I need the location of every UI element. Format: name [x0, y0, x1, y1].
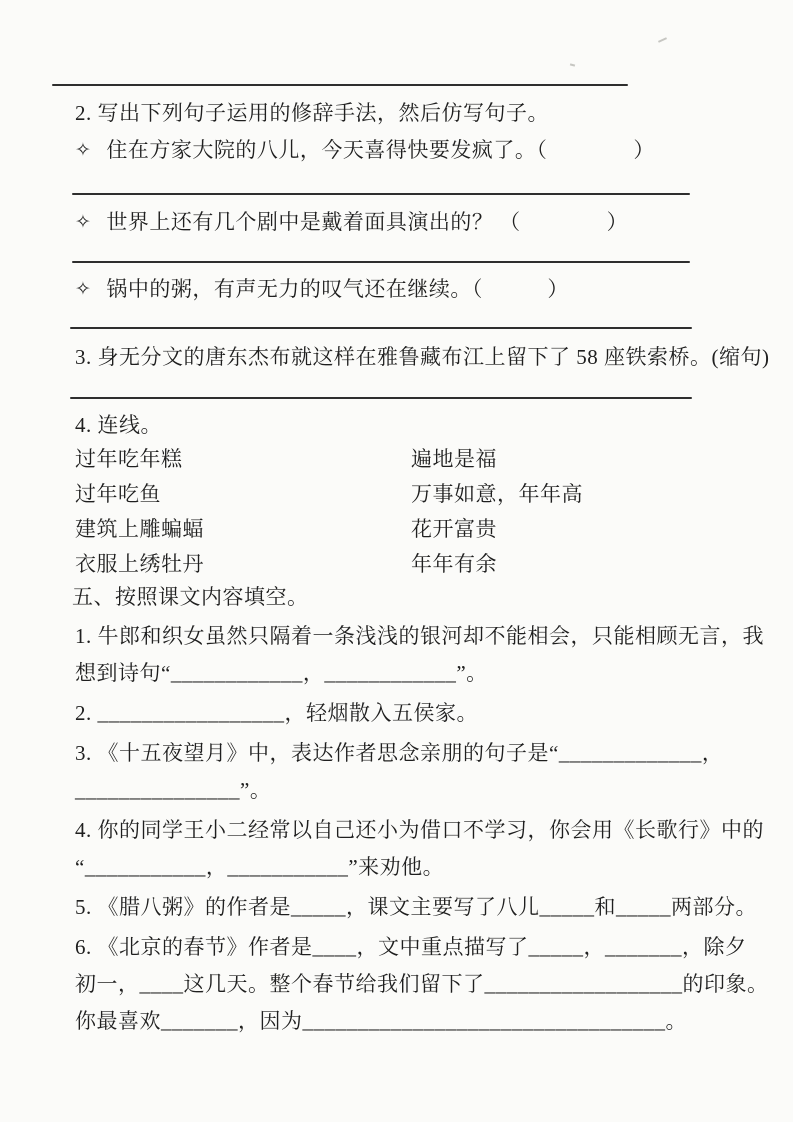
sentence-text: 住在方家大院的八儿，今天喜得快要发疯了。（ ）	[106, 138, 655, 162]
text-line: 3. 《十五夜望月》中，表达作者思念亲朋的句子是“_____________，	[75, 735, 735, 772]
fill-blank-item-4: 4. 你的同学王小二经常以自己还小为借口不学习，你会用《长歌行》中的 “____…	[75, 812, 735, 886]
text-line: 4. 你的同学王小二经常以自己还小为借口不学习，你会用《长歌行》中的	[75, 812, 735, 849]
question-2-title: 2. 写出下列句子运用的修辞手法，然后仿写句子。	[75, 99, 549, 127]
section-5-title: 五、按照课文内容填空。	[72, 583, 309, 611]
fill-blank-item-5: 5. 《腊八粥》的作者是_____，课文主要写了八儿_____和_____两部分…	[75, 889, 735, 926]
four-pointed-star-icon: ✧	[75, 209, 91, 237]
sentence-text: 锅中的粥，有声无力的叹气还在继续。（ ）	[106, 277, 569, 301]
match-left-item: 过年吃年糕	[75, 443, 183, 473]
fill-blank-item-6: 6. 《北京的春节》作者是____，文中重点描写了_____，_______，除…	[75, 929, 735, 1040]
text-line: 5. 《腊八粥》的作者是_____，课文主要写了八儿_____和_____两部分…	[75, 889, 735, 926]
scan-speck	[658, 37, 667, 43]
scan-speck	[570, 63, 575, 66]
sentence-text: 世界上还有几个剧中是戴着面具演出的？ （ ）	[106, 210, 628, 234]
answer-writing-line	[72, 193, 690, 195]
answer-writing-line	[52, 84, 628, 86]
fill-blank-item-2: 2. _________________，轻烟散入五侯家。	[75, 695, 735, 732]
text-line: _______________”。	[75, 772, 735, 809]
four-pointed-star-icon: ✧	[75, 137, 91, 165]
fill-blank-item-1: 1. 牛郎和织女虽然只隔着一条浅浅的银河却不能相会，只能相顾无言，我 想到诗句“…	[75, 618, 735, 692]
match-right-item: 万事如意，年年高	[411, 478, 583, 508]
match-right-item: 年年有余	[411, 548, 497, 578]
text-line: 2. _________________，轻烟散入五侯家。	[75, 695, 735, 732]
answer-writing-line	[72, 261, 690, 263]
four-pointed-star-icon: ✧	[75, 276, 91, 304]
question-2-item-2: ✧世界上还有几个剧中是戴着面具演出的？ （ ）	[75, 208, 628, 238]
answer-writing-line	[70, 397, 692, 399]
match-row: 过年吃年糕 遍地是福	[75, 443, 735, 471]
match-left-item: 衣服上绣牡丹	[75, 548, 204, 578]
question-4-title: 4. 连线。	[75, 411, 162, 439]
text-line: 1. 牛郎和织女虽然只隔着一条浅浅的银河却不能相会，只能相顾无言，我	[75, 618, 735, 655]
question-3-text: 3. 身无分文的唐东杰布就这样在雅鲁藏布江上留下了 58 座铁索桥。(缩句)	[75, 343, 769, 371]
worksheet-page: 2. 写出下列句子运用的修辞手法，然后仿写句子。 ✧住在方家大院的八儿，今天喜得…	[0, 0, 793, 1122]
fill-blank-item-3: 3. 《十五夜望月》中，表达作者思念亲朋的句子是“_____________， …	[75, 735, 735, 809]
text-line: 想到诗句“____________，____________”。	[75, 655, 735, 692]
answer-writing-line	[70, 327, 692, 329]
match-left-item: 建筑上雕蝙蝠	[75, 513, 204, 543]
match-right-item: 遍地是福	[411, 443, 497, 473]
question-2-item-3: ✧锅中的粥，有声无力的叹气还在继续。（ ）	[75, 275, 569, 305]
section-5-fill-blanks: 1. 牛郎和织女虽然只隔着一条浅浅的银河却不能相会，只能相顾无言，我 想到诗句“…	[75, 618, 735, 1043]
text-line: 你最喜欢_______，因为__________________________…	[75, 1003, 735, 1040]
match-row: 过年吃鱼 万事如意，年年高	[75, 478, 735, 506]
match-row: 衣服上绣牡丹 年年有余	[75, 548, 735, 576]
match-right-item: 花开富贵	[411, 513, 497, 543]
text-line: 初一，____这几天。整个春节给我们留下了__________________的…	[75, 966, 735, 1003]
text-line: “___________，___________”来劝他。	[75, 849, 735, 886]
question-2-item-1: ✧住在方家大院的八儿，今天喜得快要发疯了。（ ）	[75, 136, 655, 166]
match-row: 建筑上雕蝙蝠 花开富贵	[75, 513, 735, 541]
text-line: 6. 《北京的春节》作者是____，文中重点描写了_____，_______，除…	[75, 929, 735, 966]
match-left-item: 过年吃鱼	[75, 478, 161, 508]
